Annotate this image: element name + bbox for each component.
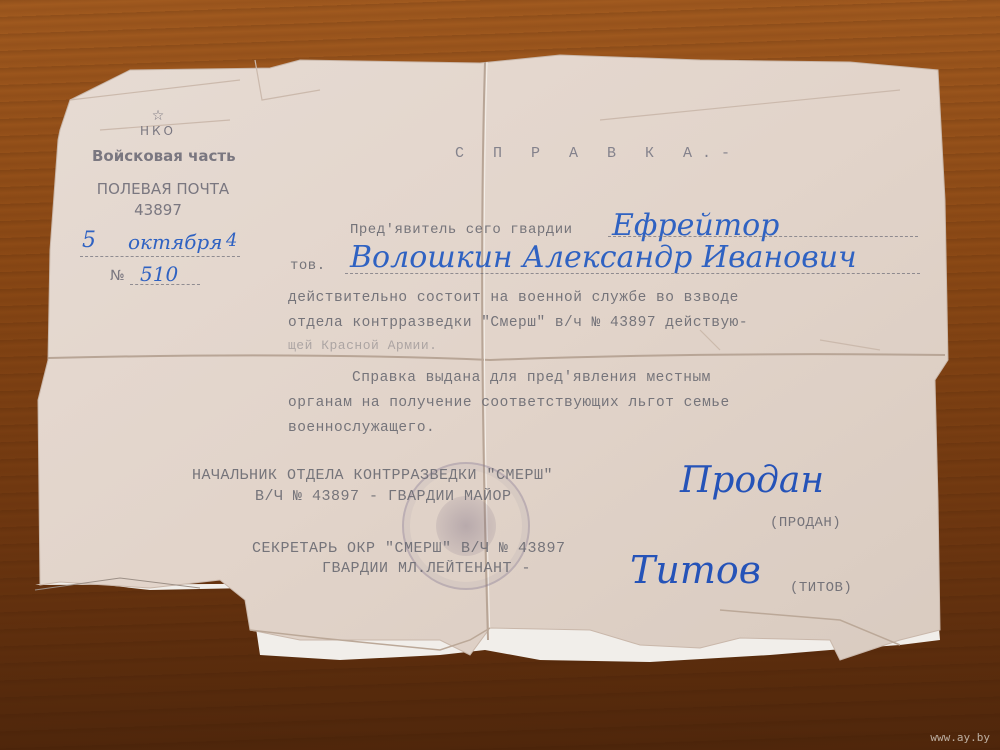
body-line-3: щей Красной Армии. bbox=[288, 338, 437, 353]
rank-underline bbox=[608, 236, 918, 237]
field-post-number: 43897 bbox=[118, 201, 198, 219]
document-title: С П Р А В К А.- bbox=[455, 145, 740, 162]
bearer-line-typed: Пред'явитель сего гвардии bbox=[350, 222, 573, 238]
chief-title-line-1: НАЧАЛЬНИК ОТДЕЛА КОНТРРАЗВЕДКИ "СМЕРШ" bbox=[192, 467, 553, 484]
org-label: НКО bbox=[128, 124, 188, 138]
date-day: 5 bbox=[82, 228, 96, 253]
name-underline bbox=[345, 273, 920, 274]
chief-signature: Продан bbox=[680, 460, 824, 501]
name-handwritten: Волошкин Александр Иванович bbox=[350, 240, 857, 275]
date-month: октября bbox=[128, 230, 222, 254]
unit-label: Войсковая часть bbox=[92, 147, 232, 165]
number-underline bbox=[130, 284, 200, 285]
star-icon: ☆ bbox=[148, 108, 168, 124]
secretary-title-line-1: СЕКРЕТАРЬ ОКР "СМЕРШ" В/Ч № 43897 bbox=[252, 540, 566, 557]
chief-name: (ПРОДАН) bbox=[770, 515, 841, 531]
comrade-label: тов. bbox=[290, 258, 326, 274]
date-underline bbox=[80, 256, 240, 257]
number-prefix: № bbox=[110, 268, 125, 284]
purpose-line-2: органам на получение соответствующих льг… bbox=[288, 395, 730, 411]
rank-handwritten: Ефрейтор bbox=[612, 208, 779, 243]
secretary-name: (ТИТОВ) bbox=[790, 580, 852, 596]
purpose-line-1: Справка выдана для пред'явления местным bbox=[352, 370, 711, 386]
chief-title-line-2: В/Ч № 43897 - ГВАРДИИ МАЙОР bbox=[255, 488, 512, 505]
date-year: 4 bbox=[226, 230, 237, 251]
watermark: www.ay.by bbox=[930, 731, 990, 744]
number-value: 510 bbox=[140, 262, 178, 286]
secretary-title-line-2: ГВАРДИИ МЛ.ЛЕЙТЕНАНТ - bbox=[322, 560, 531, 577]
body-line-1: действительно состоит на военной службе … bbox=[288, 290, 739, 306]
secretary-signature: Титов bbox=[630, 548, 761, 592]
body-line-2: отдела контрразведки "Смерш" в/ч № 43897… bbox=[288, 315, 748, 331]
purpose-line-3: военнослужащего. bbox=[288, 420, 435, 436]
field-post-label: ПОЛЕВАЯ ПОЧТА bbox=[78, 180, 248, 198]
